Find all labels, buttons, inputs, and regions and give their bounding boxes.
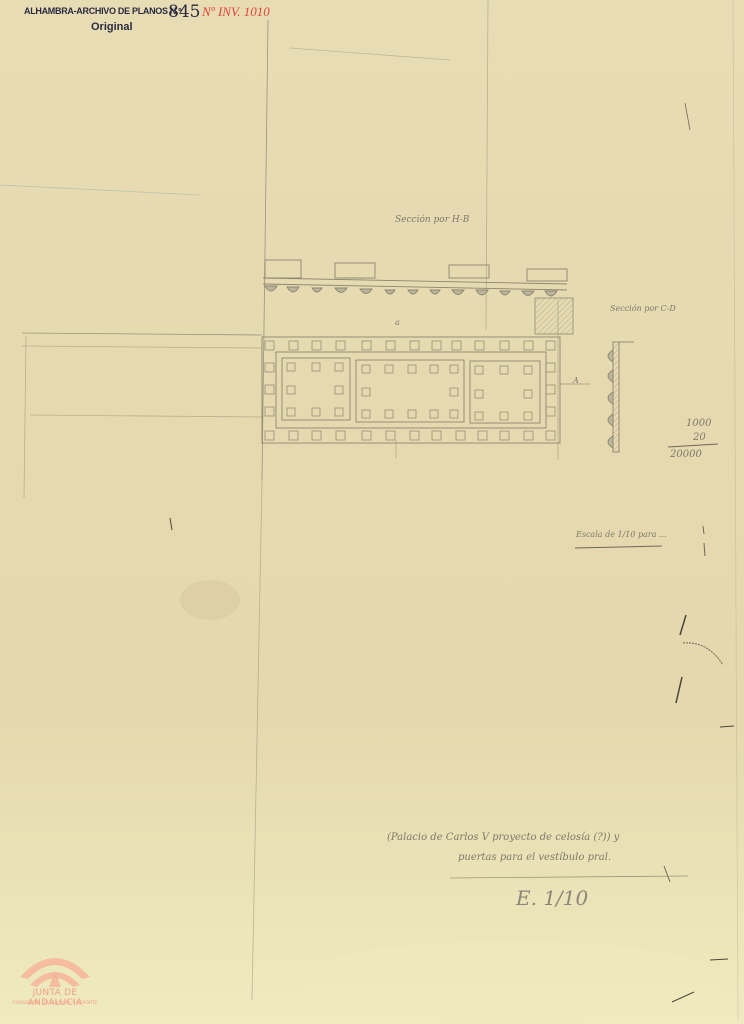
scale-annotation: E. 1/10 [516,886,588,910]
scale-note: Escala de 1/10 para ... [576,530,667,539]
caption-line2: puertas para el vestíbulo pral. [458,852,611,863]
caption-line1: (Palacio de Carlos V proyecto de celosía… [387,832,619,843]
scale-calc-result: 20000 [670,449,702,460]
section-hb [263,260,573,334]
section-hb-label: Sección por H-B [395,215,469,225]
scanned-drawing-sheet: ALHAMBRA-ARCHIVO DE PLANOS N.º 845 Nº IN… [0,0,744,1024]
scale-calc-line2: 20 [693,432,706,443]
plan-marker-right: A [573,376,579,385]
scale-calc-line1: 1000 [686,418,711,429]
section-cd [608,342,634,452]
section-cd-label: Sección por C-D [610,304,676,313]
plan-marker-top: a [395,318,400,327]
architectural-drawing [0,0,744,1024]
watermark-subtitle: CONSEJERÍA DE CULTURA Y DEPORTE [3,1001,107,1006]
